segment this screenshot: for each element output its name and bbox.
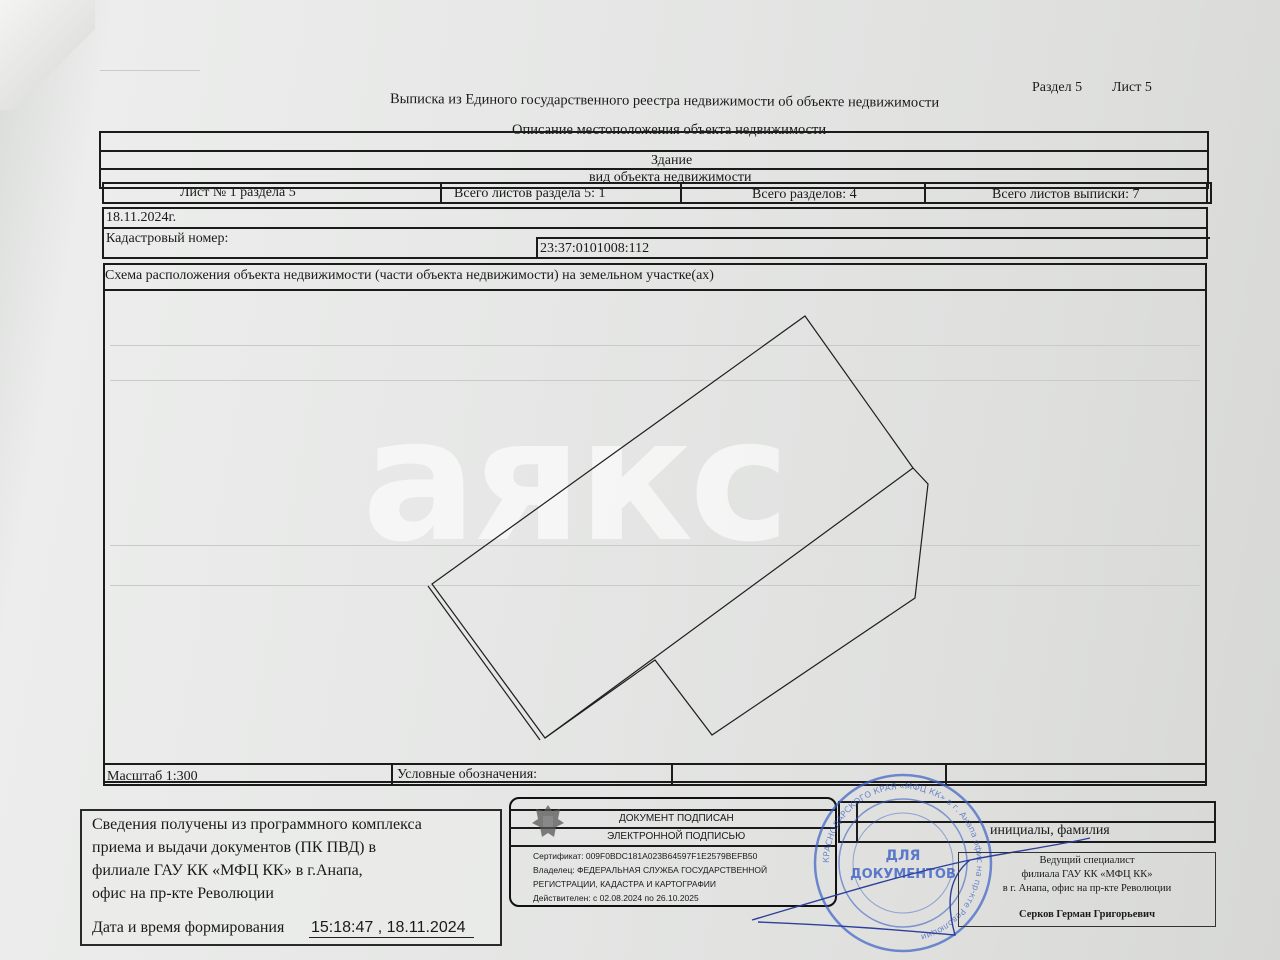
building-contour: [432, 316, 913, 738]
info-line: филиале ГАУ КК «МФЦ КК» в г.Анапа,: [92, 862, 363, 880]
specialist-name: Серков Герман Григорьевич: [959, 909, 1215, 920]
info-line: Сведения получены из программного компле…: [92, 816, 422, 834]
info-line: приема и выдачи документов (ПК ПВД) в: [92, 839, 376, 857]
building-wall-line: [428, 586, 540, 740]
land-plot-contour: [545, 468, 928, 738]
certificate-owner-1: Владелец: ФЕДЕРАЛЬНАЯ СЛУЖБА ГОСУДАРСТВЕ…: [533, 865, 767, 875]
legend-cell: Условные обозначения:: [391, 763, 673, 786]
formation-date-value: 15:18:47 , 18.11.2024: [309, 919, 474, 938]
scale-row: Масштаб 1:300 Условные обозначения:: [103, 763, 1207, 786]
scale-label: Масштаб 1:300: [107, 769, 198, 785]
specialist-box: Ведущий специалист филиала ГАУ КК «МФЦ К…: [958, 852, 1216, 927]
formation-date-label: Дата и время формирования: [92, 919, 284, 937]
eagle-emblem-icon: [528, 801, 568, 841]
signature-heading-1: ДОКУМЕНТ ПОДПИСАН: [619, 813, 734, 824]
specialist-org: филиала ГАУ КК «МФЦ КК»: [959, 869, 1215, 880]
info-line: офис на пр-кте Революции: [92, 885, 274, 903]
specialist-office: в г. Анапа, офис на пр-кте Революции: [959, 883, 1215, 894]
signature-heading-2: ЭЛЕКТРОННОЙ ПОДПИСЬЮ: [607, 831, 745, 842]
legend-label: Условные обозначения:: [397, 767, 537, 783]
specialist-position: Ведущий специалист: [959, 855, 1215, 866]
certificate-owner-2: РЕГИСТРАЦИИ, КАДАСТРА И КАРТОГРАФИИ: [533, 879, 716, 889]
source-info-box: Сведения получены из программного компле…: [80, 809, 502, 946]
certificate-validity: Действителен: с 02.08.2024 по 26.10.2025: [533, 893, 699, 903]
certificate-number: Сертификат: 009F0BDC181A023B64597F1E2579…: [533, 851, 757, 861]
